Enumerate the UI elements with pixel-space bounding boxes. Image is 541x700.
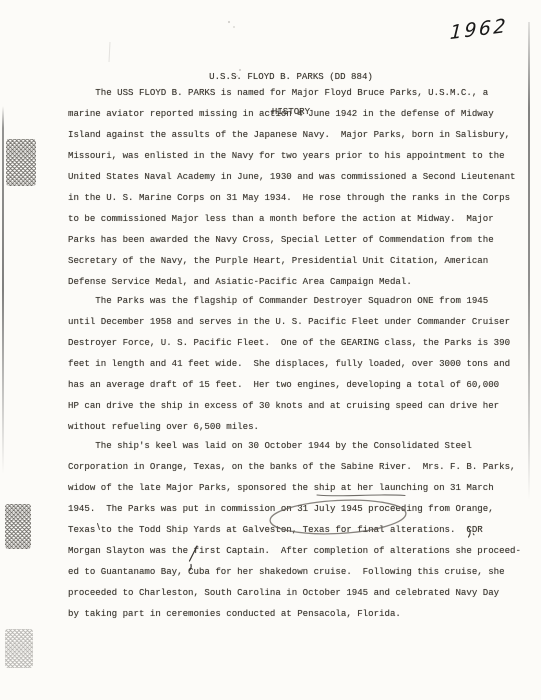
smudge-artifact-lower [5, 629, 33, 668]
paragraph-ship-characteristics: The Parks was the flagship of Commander … [68, 290, 510, 437]
paragraph-namesake: The USS FLOYD B. PARKS is named for Majo… [68, 82, 516, 292]
smudge-artifact-upper [6, 139, 36, 186]
scan-edge-line-right [528, 22, 530, 500]
handwritten-year-annotation: 1962 [449, 15, 508, 44]
smudge-artifact-middle [5, 504, 31, 549]
scan-edge-line-left [2, 106, 4, 474]
scanned-document-page: 1962 U.S.S. FLOYD B. PARKS (DD 884) HIST… [0, 0, 541, 700]
paragraph-construction-history: The ship's keel was laid on 30 October 1… [68, 435, 521, 624]
